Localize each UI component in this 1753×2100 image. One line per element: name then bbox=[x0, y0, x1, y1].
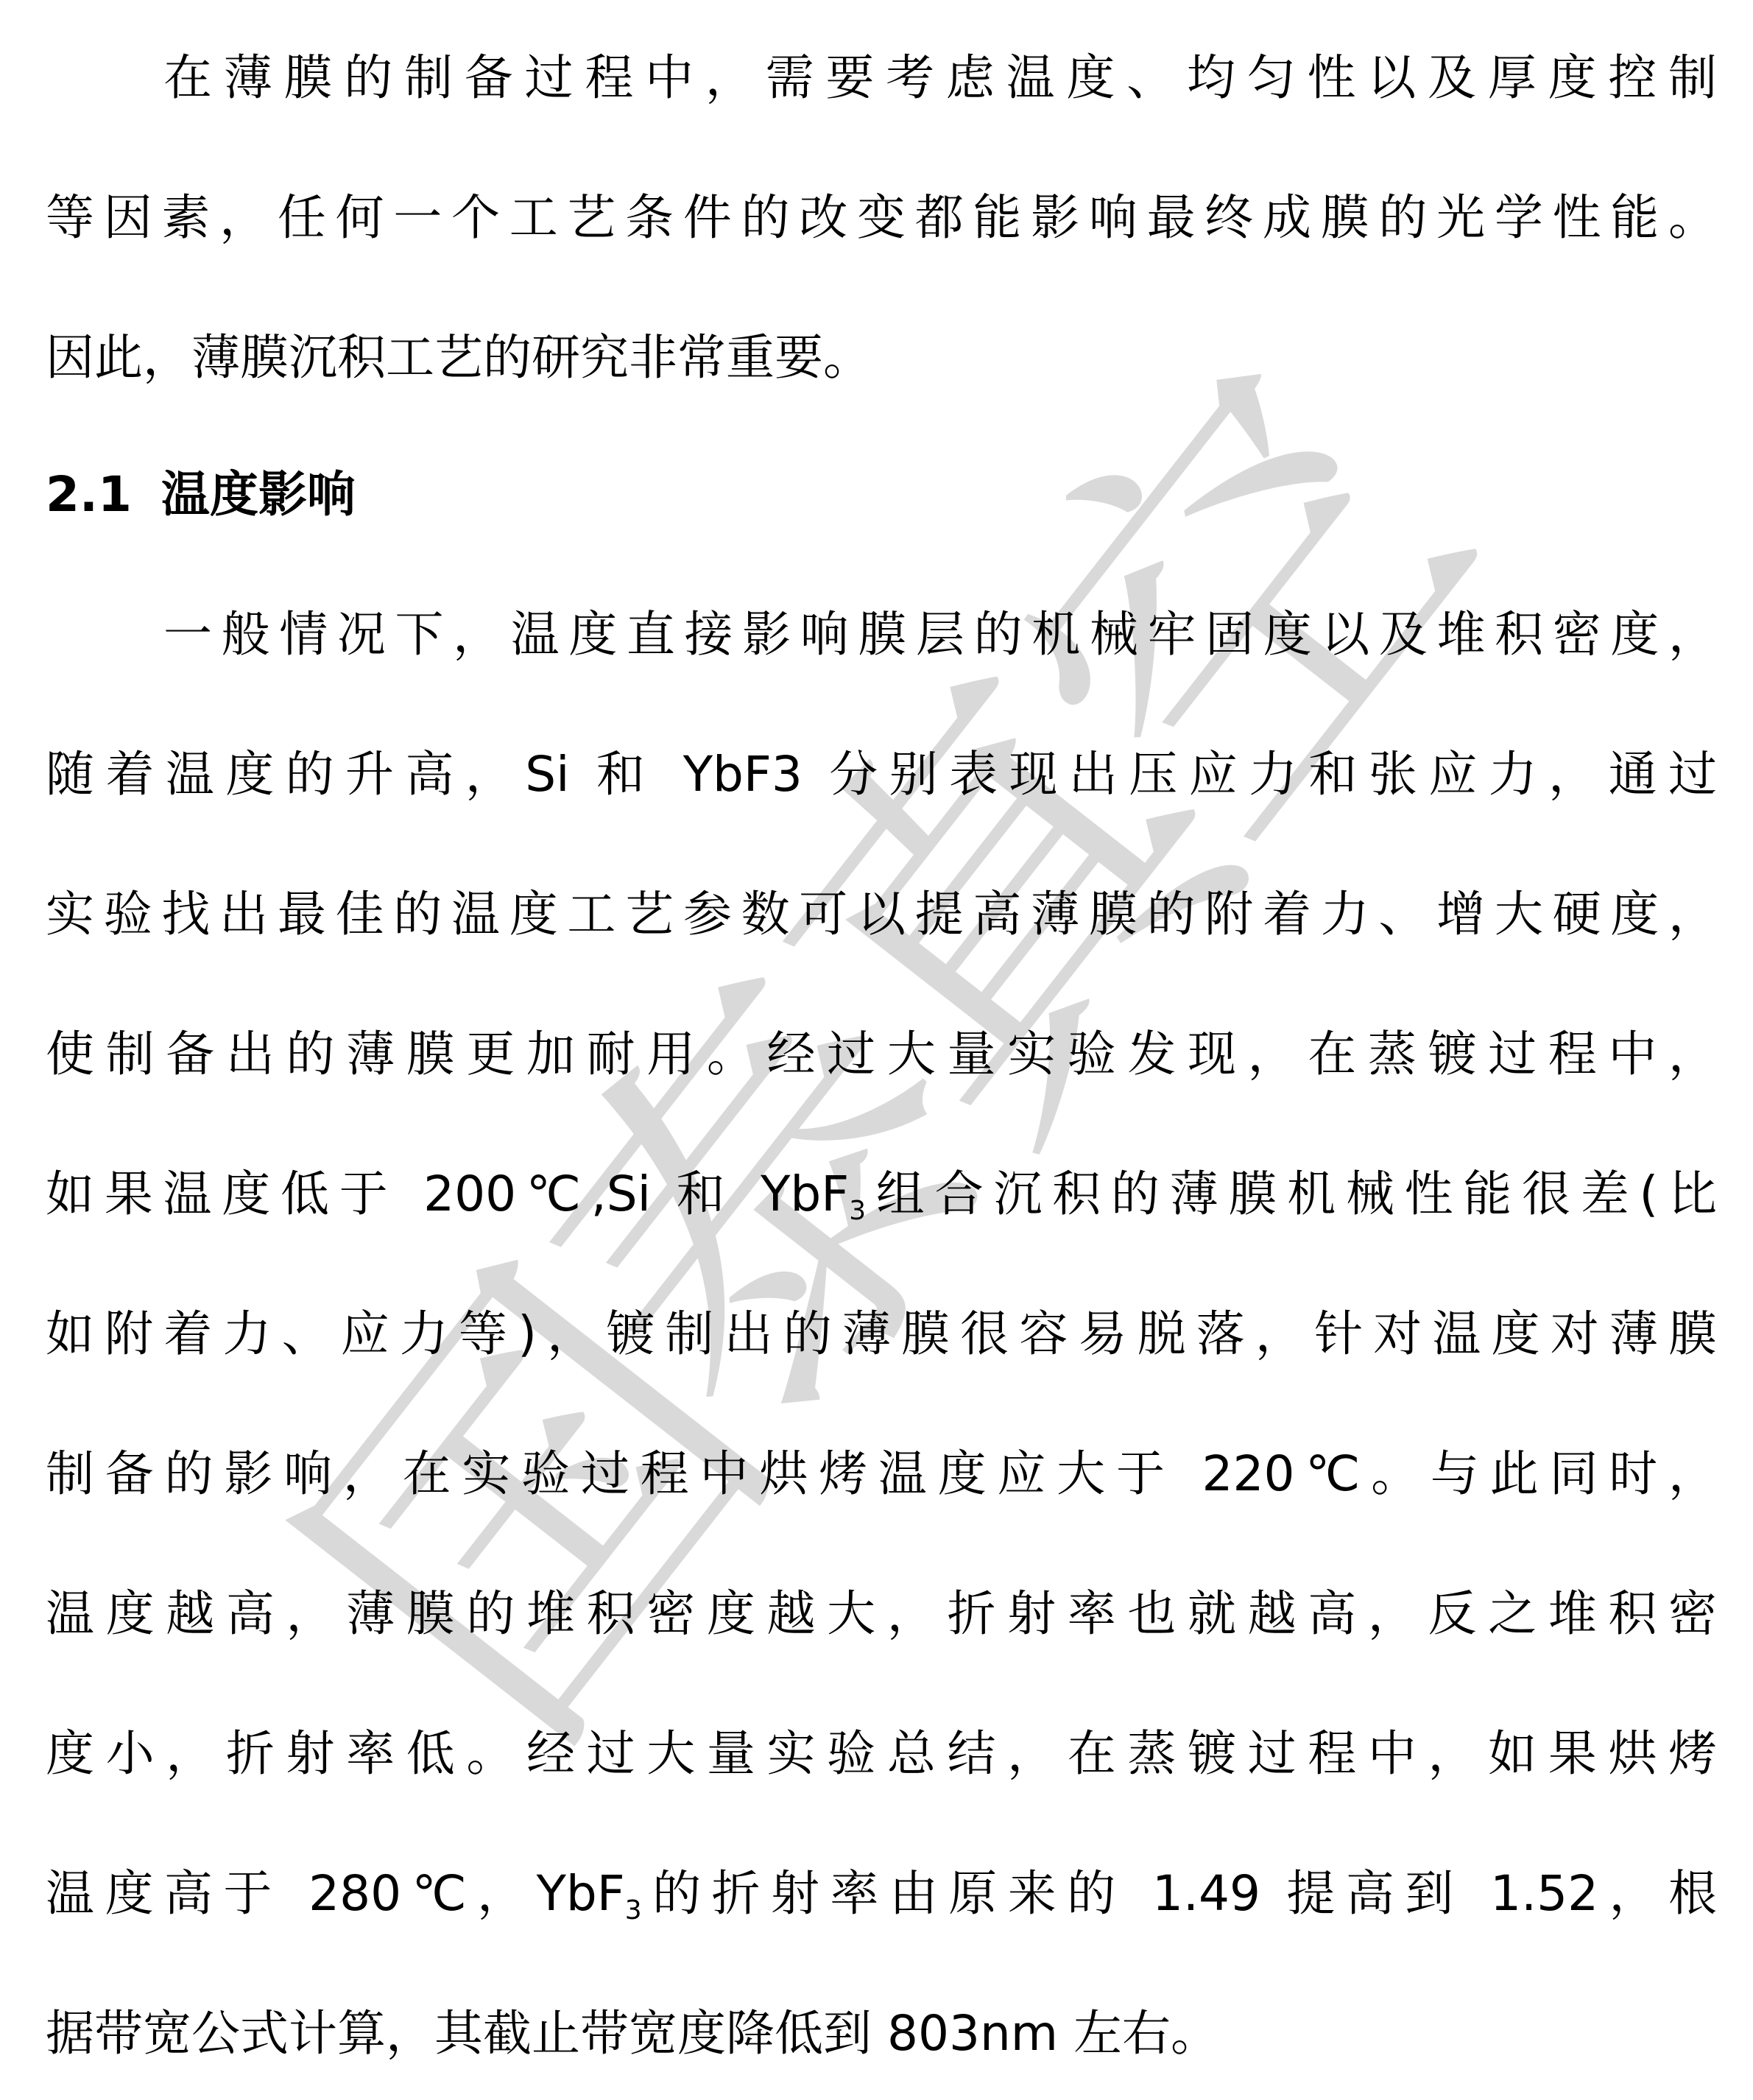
body-line-7: 制备的影响，在实验过程中烘烤温度应大于 220℃。与此同时， bbox=[46, 1445, 1717, 1504]
body-line-6: 如附着力、应力等)，镀制出的薄膜很容易脱落，针对温度对薄膜 bbox=[46, 1305, 1717, 1364]
body-line-10: 温度高于 280℃，YbF3的折射率由原来的 1.49 提高到 1.52，根 bbox=[46, 1864, 1717, 1923]
body-line-9: 度小，折射率低。经过大量实验总结，在蒸镀过程中，如果烘烤 bbox=[46, 1724, 1717, 1783]
section-heading: 2.1温度影响 bbox=[46, 465, 356, 524]
text-run: 如果温度低于 200℃,Si 和 YbF bbox=[46, 1166, 849, 1222]
body-line-1: 一般情况下，温度直接影响膜层的机械牢固度以及堆积密度， bbox=[46, 605, 1717, 664]
intro-line-1: 在薄膜的制备过程中，需要考虑温度、均匀性以及厚度控制 bbox=[46, 49, 1717, 108]
body-line-5: 如果温度低于 200℃,Si 和 YbF3组合沉积的薄膜机械性能很差(比 bbox=[46, 1165, 1717, 1224]
subscript: 3 bbox=[625, 1895, 642, 1925]
section-title: 温度影响 bbox=[161, 466, 356, 523]
body-line-4: 使制备出的薄膜更加耐用。经过大量实验发现，在蒸镀过程中， bbox=[46, 1025, 1717, 1084]
text-run: 的折射率由原来的 1.49 提高到 1.52，根 bbox=[642, 1865, 1717, 1922]
intro-line-2: 等因素，任何一个工艺条件的改变都能影响最终成膜的光学性能。 bbox=[46, 188, 1717, 247]
body-line-8: 温度越高，薄膜的堆积密度越大，折射率也就越高，反之堆积密 bbox=[46, 1585, 1717, 1643]
body-line-3: 实验找出最佳的温度工艺参数可以提高薄膜的附着力、增大硬度， bbox=[46, 885, 1717, 944]
body-line-2: 随着温度的升高，Si 和 YbF3 分别表现出压应力和张应力，通过 bbox=[46, 745, 1717, 804]
body-line-11: 据带宽公式计算，其截止带宽度降低到 803nm 左右。 bbox=[46, 2004, 1717, 2063]
section-number: 2.1 bbox=[46, 466, 132, 523]
text-run: 组合沉积的薄膜机械性能很差(比 bbox=[866, 1166, 1717, 1222]
subscript: 3 bbox=[849, 1196, 866, 1226]
intro-line-3: 因此，薄膜沉积工艺的研究非常重要。 bbox=[46, 328, 1717, 387]
text-run: 温度高于 280℃，YbF bbox=[46, 1865, 625, 1922]
